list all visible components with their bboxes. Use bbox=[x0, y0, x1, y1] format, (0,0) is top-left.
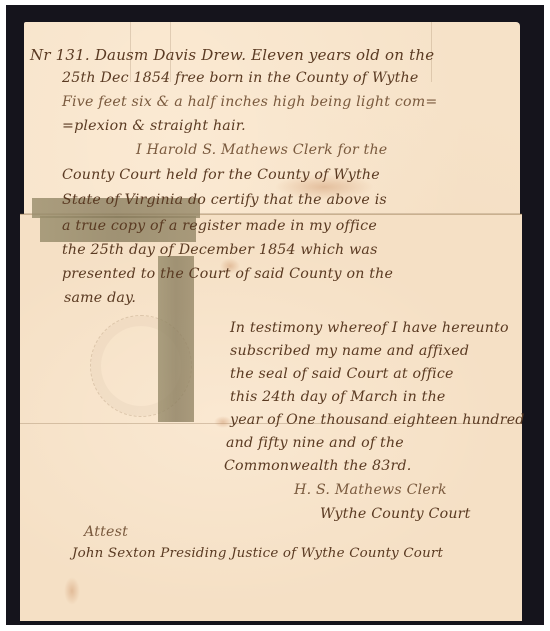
entry-line-1: Nr 131. Dausm Davis Drew. Eleven years o… bbox=[30, 46, 434, 64]
entry-line-2: 25th Dec 1854 free born in the County of… bbox=[62, 70, 418, 86]
testimony-line-6: and fifty nine and of the bbox=[226, 435, 404, 451]
attest-label: Attest bbox=[84, 524, 128, 540]
entry-line-4: =plexion & straight hair. bbox=[62, 118, 246, 134]
testimony-line-4: this 24th day of March in the bbox=[230, 389, 446, 405]
clerk-title: Wythe County Court bbox=[320, 506, 471, 522]
document-paper: Nr 131. Dausm Davis Drew. Eleven years o… bbox=[24, 22, 520, 620]
testimony-line-5: year of One thousand eighteen hundred bbox=[230, 412, 525, 428]
cert-line-1: I Harold S. Mathews Clerk for the bbox=[136, 142, 387, 158]
testimony-line-3: the seal of said Court at office bbox=[230, 366, 454, 382]
clerk-signature: H. S. Mathews Clerk bbox=[294, 482, 447, 498]
cert-line-6: presented to the Court of said County on… bbox=[62, 266, 393, 282]
cert-line-3: State of Virginia do certify that the ab… bbox=[62, 192, 387, 208]
entry-line-3: Five feet six & a half inches high being… bbox=[62, 94, 438, 110]
rust-stain bbox=[64, 577, 80, 605]
testimony-line-7: Commonwealth the 83rd. bbox=[224, 458, 411, 474]
cert-line-5: the 25th day of December 1854 which was bbox=[62, 242, 378, 258]
attest-justice-signature: John Sexton Presiding Justice of Wythe C… bbox=[72, 546, 443, 561]
cert-line-2: County Court held for the County of Wyth… bbox=[62, 167, 380, 183]
cert-line-4: a true copy of a register made in my off… bbox=[62, 218, 377, 234]
cert-line-7: same day. bbox=[64, 290, 136, 306]
testimony-line-1: In testimony whereof I have hereunto bbox=[230, 320, 509, 336]
testimony-line-2: subscribed my name and affixed bbox=[230, 343, 469, 359]
